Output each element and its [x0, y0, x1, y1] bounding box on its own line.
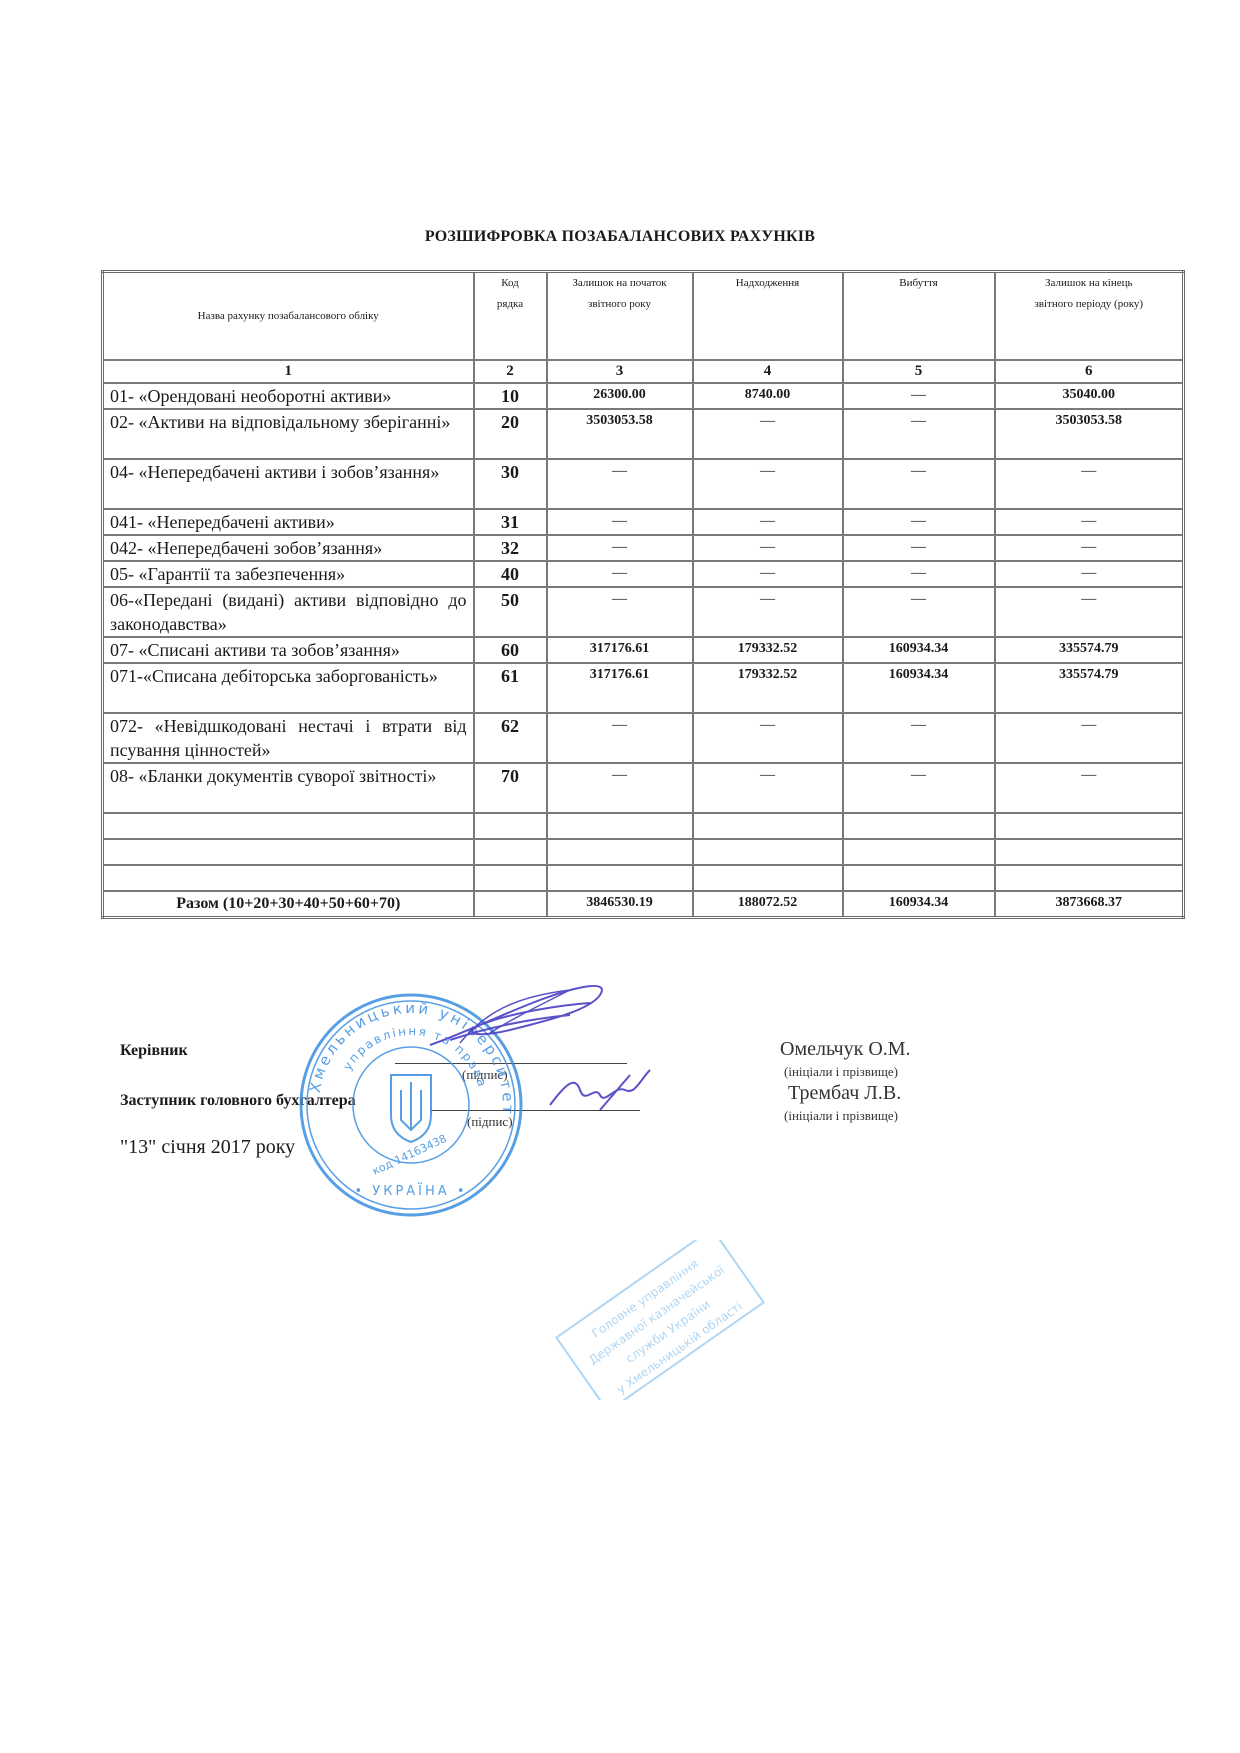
end-balance-cell: —	[995, 561, 1184, 587]
table-row: 08- «Бланки документів суворої звітності…	[103, 763, 1184, 813]
end-balance-cell: 35040.00	[995, 383, 1184, 409]
end-balance-cell: —	[995, 713, 1184, 763]
end-balance-cell: 3503053.58	[995, 409, 1184, 459]
income-cell: —	[693, 409, 843, 459]
document-title: РОЗШИФРОВКА ПОЗАБАЛАНСОВИХ РАХУНКІВ	[0, 228, 1240, 246]
income-cell: 8740.00	[693, 383, 843, 409]
row-code-cell: 30	[474, 459, 547, 509]
income-cell: —	[693, 763, 843, 813]
account-name-cell: 042- «Непередбачені зобов’язання»	[103, 535, 474, 561]
header-outflow: Вибуття	[843, 272, 995, 361]
column-number: 5	[843, 360, 995, 383]
document-date: "13" січня 2017 року	[120, 1136, 295, 1159]
start-balance-cell: —	[547, 763, 693, 813]
outflow-cell: 160934.34	[843, 663, 995, 713]
start-balance-cell: —	[547, 459, 693, 509]
row-code-cell: 31	[474, 509, 547, 535]
start-balance-cell: —	[547, 587, 693, 637]
outflow-cell: 160934.34	[843, 637, 995, 663]
account-name-cell: 05- «Гарантії та забезпечення»	[103, 561, 474, 587]
end-balance-cell: —	[995, 509, 1184, 535]
row-code-cell: 32	[474, 535, 547, 561]
end-balance-cell: 335574.79	[995, 637, 1184, 663]
table-row: 05- «Гарантії та забезпечення»40————	[103, 561, 1184, 587]
total-income: 188072.52	[693, 891, 843, 918]
svg-text:Державної казначейської: Державної казначейської	[586, 1263, 727, 1368]
outflow-cell: —	[843, 409, 995, 459]
account-name-cell: 072- «Невідшкодовані нестачі і втрати ві…	[103, 713, 474, 763]
start-balance-cell: 317176.61	[547, 637, 693, 663]
account-name-cell: 06-«Передані (видані) активи відповідно …	[103, 587, 474, 637]
deputy-signature-scribble	[540, 1060, 670, 1120]
head-signature-scribble	[420, 975, 620, 1055]
income-cell: —	[693, 535, 843, 561]
head-name: Омельчук О.М.	[780, 1038, 911, 1061]
empty-row	[103, 813, 1184, 839]
start-balance-cell: 26300.00	[547, 383, 693, 409]
end-balance-cell: —	[995, 587, 1184, 637]
column-number: 2	[474, 360, 547, 383]
income-cell: —	[693, 459, 843, 509]
income-cell: —	[693, 509, 843, 535]
row-code-cell: 60	[474, 637, 547, 663]
header-row-code: Код рядка	[474, 272, 547, 361]
account-name-cell: 01- «Орендовані необоротні активи»	[103, 383, 474, 409]
start-balance-cell: —	[547, 509, 693, 535]
income-cell: —	[693, 587, 843, 637]
total-outflow: 160934.34	[843, 891, 995, 918]
account-name-cell: 07- «Списані активи та зобов’язання»	[103, 637, 474, 663]
income-cell: —	[693, 713, 843, 763]
header-end-line2: звітного періоду (року)	[1002, 294, 1177, 315]
end-balance-cell: —	[995, 459, 1184, 509]
column-number: 3	[547, 360, 693, 383]
income-cell: 179332.52	[693, 663, 843, 713]
treasury-rect-stamp: Головне управління Державної казначейськ…	[540, 1240, 780, 1400]
start-balance-cell: —	[547, 535, 693, 561]
row-code-cell: 70	[474, 763, 547, 813]
outflow-cell: —	[843, 587, 995, 637]
row-code-cell: 40	[474, 561, 547, 587]
table-row: 072- «Невідшкодовані нестачі і втрати ві…	[103, 713, 1184, 763]
account-name-cell: 04- «Непередбачені активи і зобов’язання…	[103, 459, 474, 509]
head-name-caption: (ініціали і прізвище)	[784, 1064, 898, 1080]
outflow-cell: —	[843, 535, 995, 561]
column-number: 1	[103, 360, 474, 383]
outflow-cell: —	[843, 763, 995, 813]
table-row: 01- «Орендовані необоротні активи»102630…	[103, 383, 1184, 409]
svg-text:• УКРАЇНА •: • УКРАЇНА •	[355, 1183, 468, 1199]
account-name-cell: 02- «Активи на відповідальному зберіганн…	[103, 409, 474, 459]
column-number: 6	[995, 360, 1184, 383]
row-code-cell: 50	[474, 587, 547, 637]
header-income: Надходження	[693, 272, 843, 361]
start-balance-cell: —	[547, 561, 693, 587]
table-header-row: Назва рахунку позабалансового обліку Код…	[103, 272, 1184, 361]
header-end-line1: Залишок на кінець	[1002, 273, 1177, 294]
income-cell: —	[693, 561, 843, 587]
start-balance-cell: 317176.61	[547, 663, 693, 713]
empty-row	[103, 865, 1184, 891]
table-row: 02- «Активи на відповідальному зберіганн…	[103, 409, 1184, 459]
outflow-cell: —	[843, 561, 995, 587]
start-balance-cell: 3503053.58	[547, 409, 693, 459]
total-start-balance: 3846530.19	[547, 891, 693, 918]
header-row-code-line2: рядка	[481, 294, 540, 315]
total-row: Разом (10+20+30+40+50+60+70) 3846530.19 …	[103, 891, 1184, 918]
total-end-balance: 3873668.37	[995, 891, 1184, 918]
table-row: 04- «Непередбачені активи і зобов’язання…	[103, 459, 1184, 509]
outflow-cell: —	[843, 713, 995, 763]
total-code	[474, 891, 547, 918]
table-row: 041- «Непередбачені активи»31————	[103, 509, 1184, 535]
empty-row	[103, 839, 1184, 865]
header-start-line2: звітного року	[554, 294, 686, 315]
account-name-cell: 071-«Списана дебіторська заборгованість»	[103, 663, 474, 713]
header-account-name: Назва рахунку позабалансового обліку	[103, 272, 474, 361]
row-code-cell: 61	[474, 663, 547, 713]
end-balance-cell: —	[995, 535, 1184, 561]
row-code-cell: 10	[474, 383, 547, 409]
account-name-cell: 08- «Бланки документів суворої звітності…	[103, 763, 474, 813]
start-balance-cell: —	[547, 713, 693, 763]
header-start-balance: Залишок на початок звітного року	[547, 272, 693, 361]
income-cell: 179332.52	[693, 637, 843, 663]
off-balance-accounts-table: Назва рахунку позабалансового обліку Код…	[101, 270, 1185, 919]
outflow-cell: —	[843, 509, 995, 535]
table-row: 07- «Списані активи та зобов’язання»6031…	[103, 637, 1184, 663]
table-row: 071-«Списана дебіторська заборгованість»…	[103, 663, 1184, 713]
total-label: Разом (10+20+30+40+50+60+70)	[103, 891, 474, 918]
header-row-code-line1: Код	[481, 273, 540, 294]
end-balance-cell: 335574.79	[995, 663, 1184, 713]
outflow-cell: —	[843, 383, 995, 409]
deputy-name-caption: (ініціали і прізвище)	[784, 1108, 898, 1124]
table-row: 06-«Передані (видані) активи відповідно …	[103, 587, 1184, 637]
head-label: Керівник	[120, 1042, 188, 1060]
header-start-line1: Залишок на початок	[554, 273, 686, 294]
header-end-balance: Залишок на кінець звітного періоду (року…	[995, 272, 1184, 361]
row-code-cell: 62	[474, 713, 547, 763]
end-balance-cell: —	[995, 763, 1184, 813]
column-number: 4	[693, 360, 843, 383]
outflow-cell: —	[843, 459, 995, 509]
row-code-cell: 20	[474, 409, 547, 459]
account-name-cell: 041- «Непередбачені активи»	[103, 509, 474, 535]
table-row: 042- «Непередбачені зобов’язання»32————	[103, 535, 1184, 561]
column-numbers-row: 1 2 3 4 5 6	[103, 360, 1184, 383]
deputy-name: Трембач Л.В.	[788, 1082, 901, 1105]
